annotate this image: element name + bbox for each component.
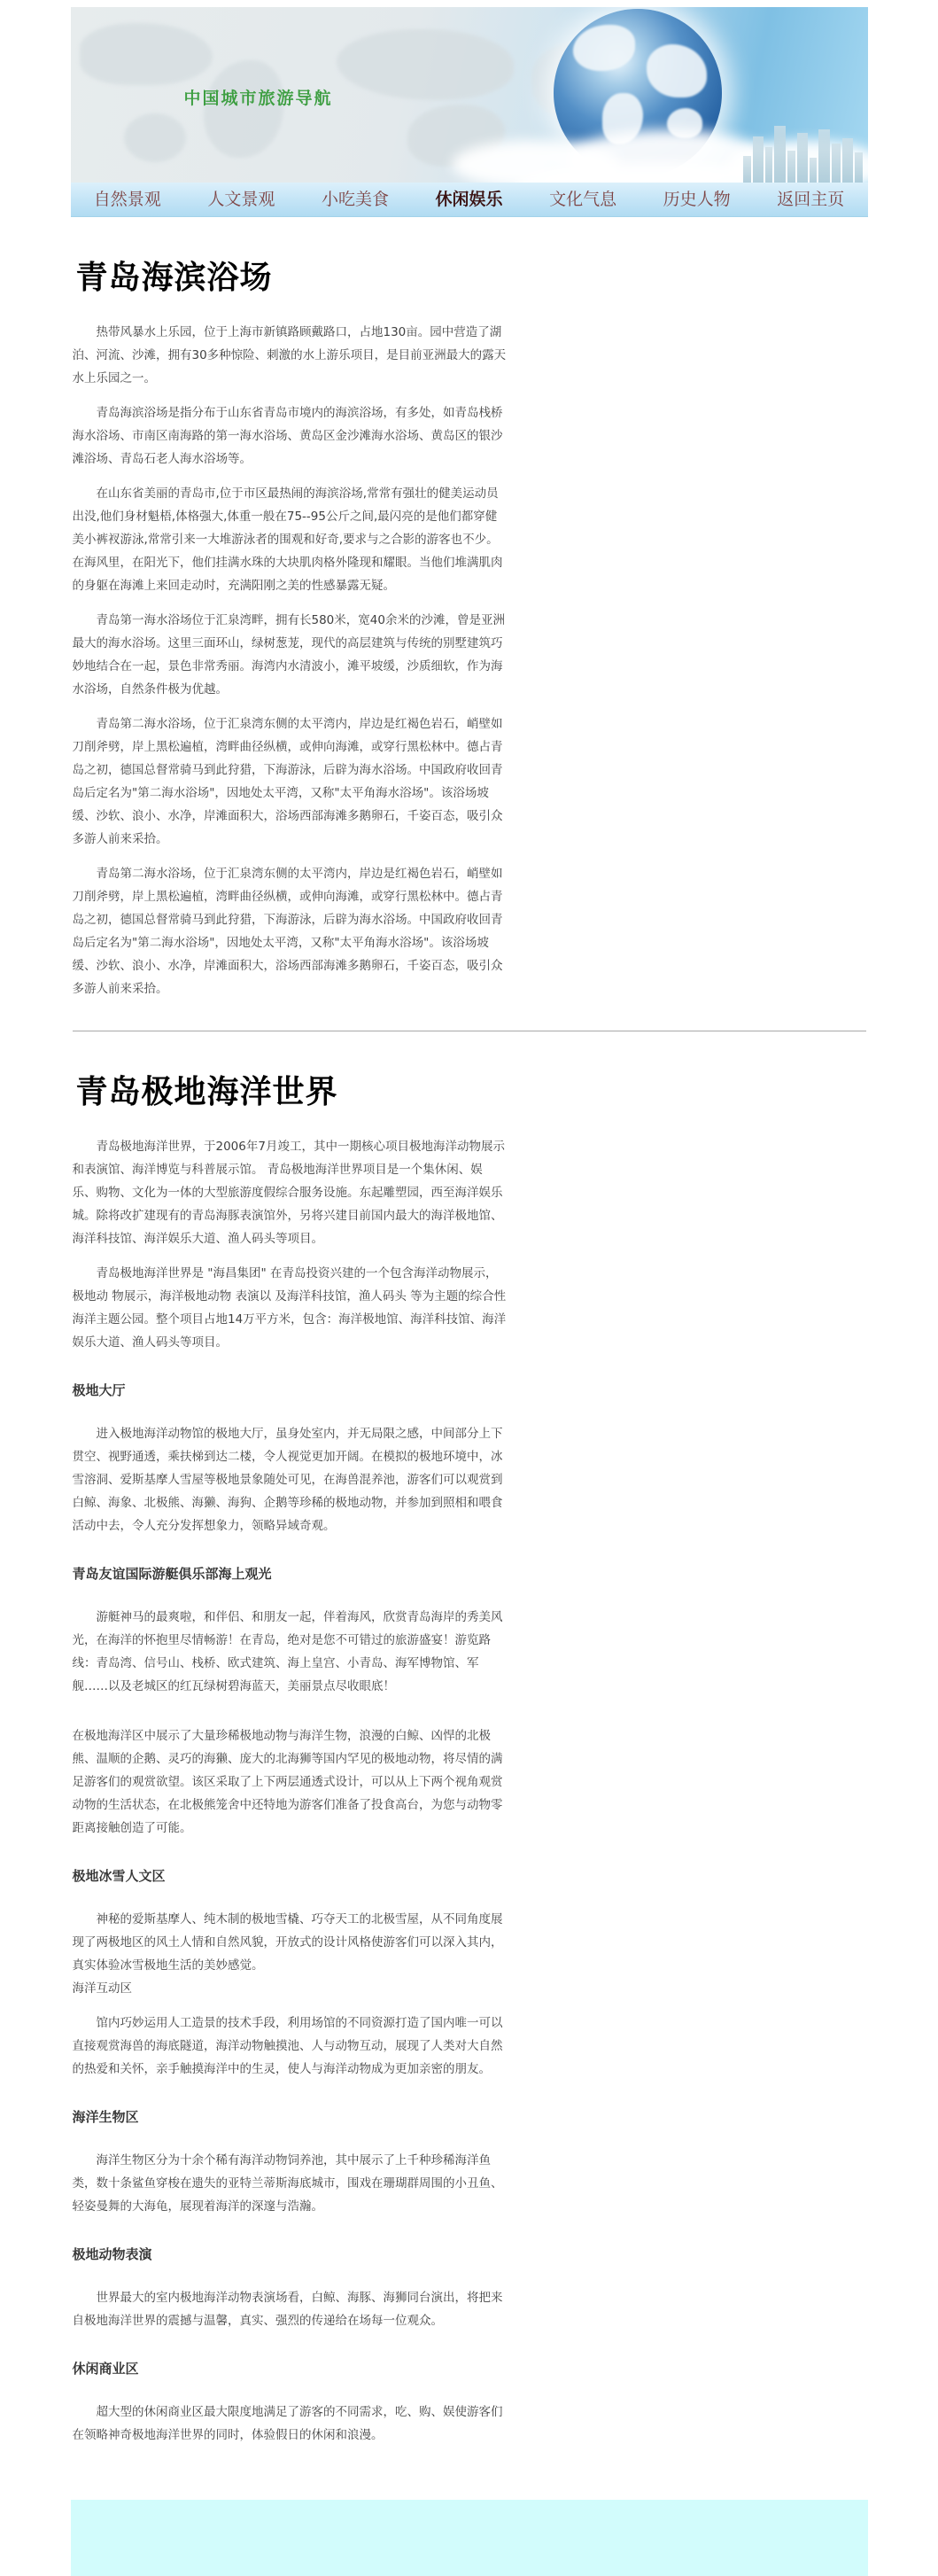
paragraph: 青岛第二海水浴场，位于汇泉湾东侧的太平湾内，岸边是红褐色岩石，峭壁如刀削斧劈，岸…: [73, 862, 507, 1000]
paragraph: 进入极地海洋动物馆的极地大厅，虽身处室内，并无局限之感，中间部分上下贯空、视野通…: [73, 1422, 507, 1537]
subsection-heading: 极地动物表演: [73, 2245, 866, 2263]
paragraph: 在极地海洋区中展示了大量珍稀极地动物与海洋生物，浪漫的白鲸、凶悍的北极熊、温顺的…: [73, 1724, 507, 1840]
main-navigation: 自然景观人文景观小吃美食休闲娱乐文化气息历史人物返回主页: [71, 183, 868, 217]
page-wrapper: 中国城市旅游导航 自然景观人文景观小吃美食休闲娱乐文化气息历史人物返回主页 青岛…: [71, 7, 868, 2576]
paragraph: 馆内巧妙运用人工造景的技术手段，利用场馆的不同资源打造了国内唯一可以直接观赏海兽…: [73, 2012, 507, 2081]
paragraph: 青岛第二海水浴场，位于汇泉湾东侧的太平湾内，岸边是红褐色岩石，峭壁如刀削斧劈，岸…: [73, 712, 507, 851]
footer-bar: [71, 2500, 868, 2576]
nav-item-6[interactable]: 历史人物: [640, 183, 754, 216]
paragraph: 世界最大的室内极地海洋动物表演场看，白鲸、海豚、海狮同台演出，将把来自极地海洋世…: [73, 2286, 507, 2332]
article-content: 青岛海滨浴场热带风暴水上乐园，位于上海市新镇路顾戴路口，占地130亩。园中营造了…: [71, 253, 868, 2447]
paragraph: 神秘的爱斯基摩人、纯木制的极地雪橇、巧夺天工的北极雪屋，从不同角度展现了两极地区…: [73, 1908, 507, 1977]
nav-item-1[interactable]: 自然景观: [71, 183, 185, 216]
section-divider: [73, 1031, 866, 1031]
subsection-heading: 休闲商业区: [73, 2359, 866, 2378]
paragraph: 青岛海滨浴场是指分布于山东省青岛市境内的海滨浴场，有多处，如青岛栈桥海水浴场、市…: [73, 401, 507, 471]
site-title: 中国城市旅游导航: [184, 85, 333, 109]
nav-item-7[interactable]: 返回主页: [754, 183, 868, 216]
nav-item-2[interactable]: 人文景观: [184, 183, 298, 216]
paragraph: 海洋生物区分为十余个稀有海洋动物饲养池，其中展示了上千种珍稀海洋鱼类，数十条鲨鱼…: [73, 2149, 507, 2218]
paragraph: 游艇神马的最爽啦，和伴侣、和朋友一起，伴着海风，欣赏青岛海岸的秀美风光，在海洋的…: [73, 1606, 507, 1698]
nav-item-3[interactable]: 小吃美食: [298, 183, 413, 216]
paragraph: 热带风暴水上乐园，位于上海市新镇路顾戴路口，占地130亩。园中营造了湖泊、河流、…: [73, 321, 507, 390]
paragraph: 海洋互动区: [73, 1977, 507, 2000]
nav-item-4[interactable]: 休闲娱乐: [412, 183, 526, 216]
paragraph: 超大型的休闲商业区最大限度地满足了游客的不同需求，吃、购、娱使游客们在领略神奇极…: [73, 2401, 507, 2447]
subsection-heading: 极地大厅: [73, 1381, 866, 1399]
paragraph: 在山东省美丽的青岛市,位于市区最热闹的海滨浴场,常常有强壮的健美运动员出没,他们…: [73, 482, 507, 597]
paragraph: 青岛第一海水浴场位于汇泉湾畔，拥有长580米，宽40余米的沙滩，曾是亚洲最大的海…: [73, 609, 507, 701]
subsection-heading: 青岛友谊国际游艇俱乐部海上观光: [73, 1564, 866, 1583]
paragraph: 青岛极地海洋世界，于2006年7月竣工，其中一期核心项目极地海洋动物展示和表演馆…: [73, 1135, 507, 1250]
subsection-heading: 极地冰雪人文区: [73, 1866, 866, 1885]
article-title: 青岛海滨浴场: [76, 253, 866, 298]
header-banner: 中国城市旅游导航: [71, 7, 868, 183]
article-title: 青岛极地海洋世界: [76, 1067, 866, 1112]
subsection-heading: 海洋生物区: [73, 2107, 866, 2126]
paragraph: 青岛极地海洋世界是 "海昌集团" 在青岛投资兴建的一个包含海洋动物展示，极地动 …: [73, 1262, 507, 1354]
city-skyline-graphic: [743, 126, 863, 183]
nav-item-5[interactable]: 文化气息: [526, 183, 640, 216]
